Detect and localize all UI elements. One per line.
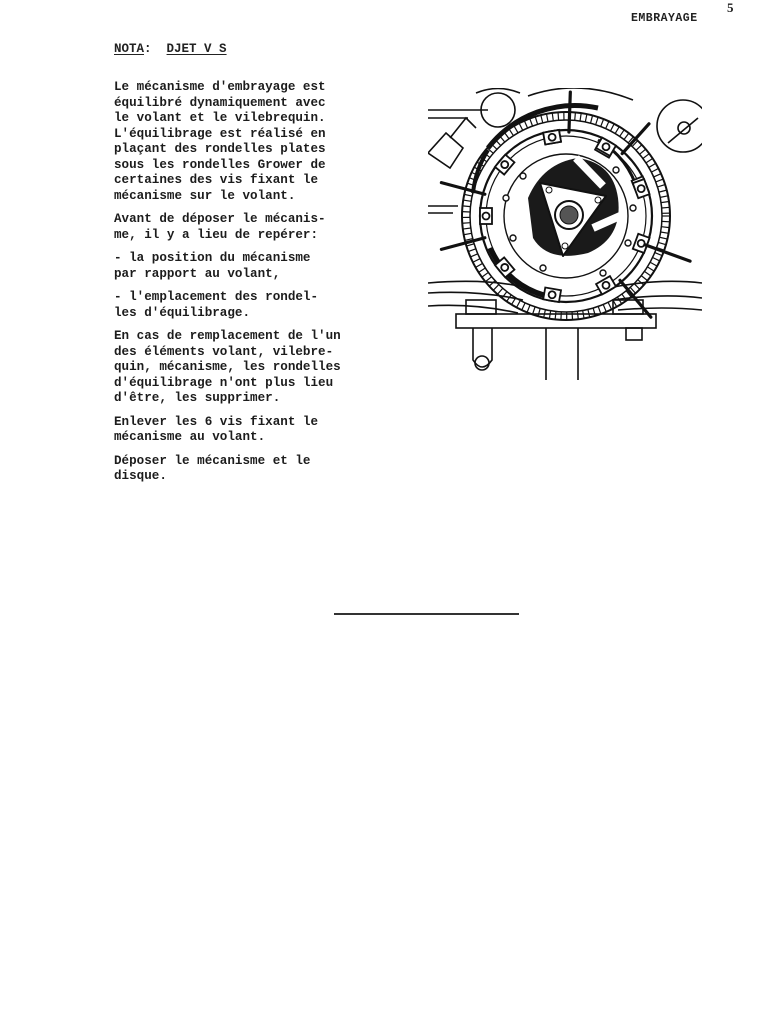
text-line: mécanisme au volant.	[114, 430, 404, 446]
text-line: d'équilibrage n'ont plus lieu	[114, 376, 404, 392]
nota-label: NOTA	[114, 42, 144, 56]
text-line: Déposer le mécanisme et le	[114, 454, 404, 470]
body-text: Le mécanisme d'embrayage estéquilibré dy…	[114, 80, 404, 493]
text-line: les d'équilibrage.	[114, 306, 404, 322]
text-line: sous les rondelles Grower de	[114, 158, 404, 174]
paragraph: En cas de remplacement de l'undes élémen…	[114, 329, 404, 407]
page-number: 5	[727, 0, 734, 16]
paragraph: Enlever les 6 vis fixant lemécanisme au …	[114, 415, 404, 446]
text-line: Enlever les 6 vis fixant le	[114, 415, 404, 431]
clutch-figure	[428, 88, 702, 384]
text-line: par rapport au volant,	[114, 267, 404, 283]
text-line: des éléments volant, vilebre-	[114, 345, 404, 361]
text-line: disque.	[114, 469, 404, 485]
text-line: En cas de remplacement de l'un	[114, 329, 404, 345]
clutch-flywheel-illustration	[428, 88, 702, 384]
nota-model: DJET V S	[167, 42, 227, 56]
paragraph: Avant de déposer le mécanis-me, il y a l…	[114, 212, 404, 243]
text-line: me, il y a lieu de repérer:	[114, 228, 404, 244]
text-line: équilibré dynamiquement avec	[114, 96, 404, 112]
text-line: Avant de déposer le mécanis-	[114, 212, 404, 228]
text-line: d'être, les supprimer.	[114, 391, 404, 407]
text-line: mécanisme sur le volant.	[114, 189, 404, 205]
balancing-screw-marker	[441, 238, 484, 250]
paragraph: - la position du mécanismepar rapport au…	[114, 251, 404, 282]
text-line: L'équilibrage est réalisé en	[114, 127, 404, 143]
text-line: quin, mécanisme, les rondelles	[114, 360, 404, 376]
text-line: Le mécanisme d'embrayage est	[114, 80, 404, 96]
section-title: EMBRAYAGE	[631, 12, 698, 25]
nota-separator: :	[144, 42, 152, 56]
paragraph: Déposer le mécanisme et ledisque.	[114, 454, 404, 485]
text-line: - l'emplacement des rondel-	[114, 290, 404, 306]
text-line: - la position du mécanisme	[114, 251, 404, 267]
separator-rule	[334, 613, 519, 615]
balancing-screw-marker	[569, 92, 570, 132]
balancing-screw-marker	[441, 183, 484, 195]
text-line: certaines des vis fixant le	[114, 173, 404, 189]
nota-heading: NOTA: DJET V S	[114, 42, 227, 56]
text-line: plaçant des rondelles plates	[114, 142, 404, 158]
paragraph: Le mécanisme d'embrayage estéquilibré dy…	[114, 80, 404, 204]
text-line: le volant et le vilebrequin.	[114, 111, 404, 127]
paragraph: - l'emplacement des rondel-les d'équilib…	[114, 290, 404, 321]
